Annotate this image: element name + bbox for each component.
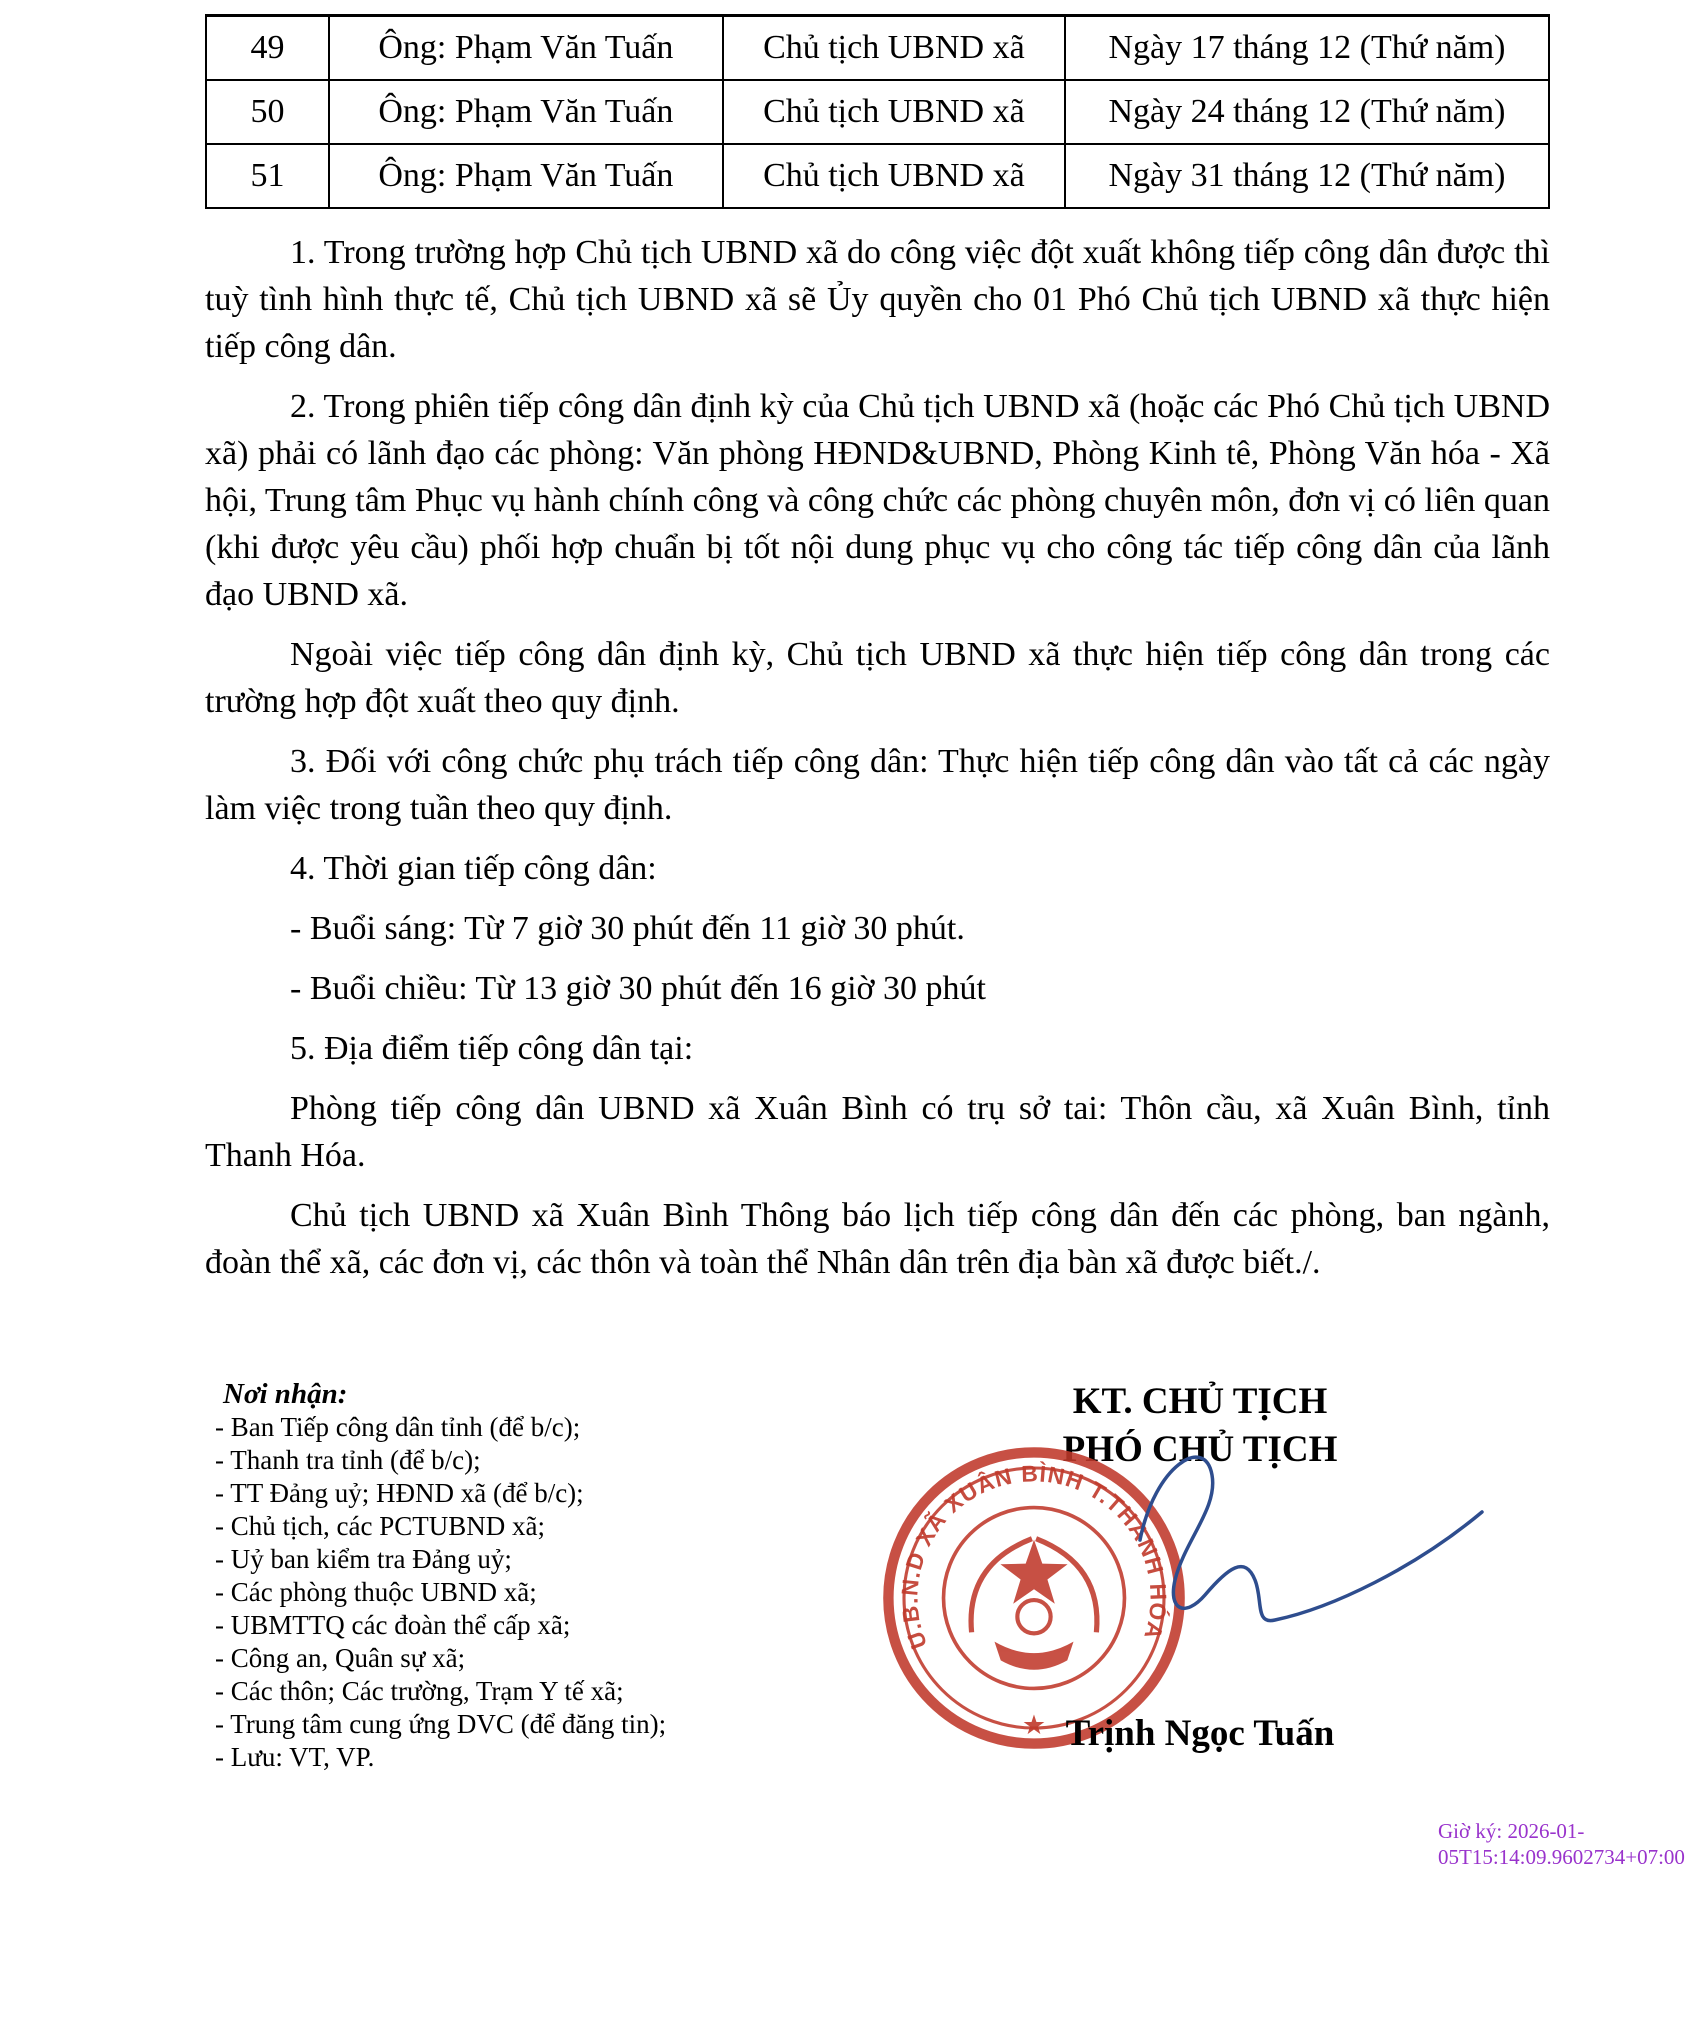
esignature-timestamp: Giờ ký: 2026-01- 05T15:14:09.9602734+07:… bbox=[1438, 1818, 1698, 1870]
recipient-item: - Chủ tịch, các PCTUBND xã; bbox=[215, 1510, 775, 1543]
paragraph: - Buổi sáng: Từ 7 giờ 30 phút đến 11 giờ… bbox=[205, 905, 1550, 952]
recipient-item: - Lưu: VT, VP. bbox=[215, 1741, 775, 1774]
emblem-gear-banner bbox=[994, 1642, 1073, 1670]
paragraph: Chủ tịch UBND xã Xuân Bình Thông báo lịc… bbox=[205, 1192, 1550, 1286]
recipient-item: - Trung tâm cung ứng DVC (để đăng tin); bbox=[215, 1708, 775, 1741]
cell-date: Ngày 17 tháng 12 (Thứ năm) bbox=[1065, 16, 1549, 81]
recipient-item: - TT Đảng uỷ; HĐND xã (để b/c); bbox=[215, 1477, 775, 1510]
paragraph: - Buổi chiều: Từ 13 giờ 30 phút đến 16 g… bbox=[205, 965, 1550, 1012]
cell-name: Ông: Phạm Văn Tuấn bbox=[329, 144, 723, 208]
signer-name: Trịnh Ngọc Tuấn bbox=[930, 1712, 1470, 1755]
handwritten-signature bbox=[1070, 1420, 1500, 1660]
paragraph: 4. Thời gian tiếp công dân: bbox=[205, 845, 1550, 892]
signer-position-line1: KT. CHỦ TỊCH bbox=[930, 1378, 1470, 1426]
cell-name: Ông: Phạm Văn Tuấn bbox=[329, 80, 723, 144]
cell-row-number: 49 bbox=[206, 16, 329, 81]
reception-schedule-table: 49 Ông: Phạm Văn Tuấn Chủ tịch UBND xã N… bbox=[205, 14, 1550, 209]
cell-date: Ngày 24 tháng 12 (Thứ năm) bbox=[1065, 80, 1549, 144]
paragraph: 2. Trong phiên tiếp công dân định kỳ của… bbox=[205, 383, 1550, 618]
document-content: 49 Ông: Phạm Văn Tuấn Chủ tịch UBND xã N… bbox=[205, 14, 1550, 1286]
paragraph: 3. Đối với công chức phụ trách tiếp công… bbox=[205, 738, 1550, 832]
document-page: 49 Ông: Phạm Văn Tuấn Chủ tịch UBND xã N… bbox=[0, 0, 1700, 2025]
cell-title: Chủ tịch UBND xã bbox=[723, 80, 1065, 144]
recipient-item: - Ban Tiếp công dân tỉnh (để b/c); bbox=[215, 1411, 775, 1444]
cell-date: Ngày 31 tháng 12 (Thứ năm) bbox=[1065, 144, 1549, 208]
recipients-block: Nơi nhận: - Ban Tiếp công dân tỉnh (để b… bbox=[215, 1378, 775, 1774]
recipient-item: - Uỷ ban kiểm tra Đảng uỷ; bbox=[215, 1543, 775, 1576]
emblem-gear bbox=[1017, 1600, 1050, 1633]
table-row: 49 Ông: Phạm Văn Tuấn Chủ tịch UBND xã N… bbox=[206, 16, 1549, 81]
paragraph: Phòng tiếp công dân UBND xã Xuân Bình có… bbox=[205, 1085, 1550, 1179]
cell-row-number: 50 bbox=[206, 80, 329, 144]
paragraph: Ngoài việc tiếp công dân định kỳ, Chủ tị… bbox=[205, 631, 1550, 725]
recipients-heading: Nơi nhận: bbox=[223, 1378, 775, 1411]
cell-row-number: 51 bbox=[206, 144, 329, 208]
recipient-item: - Các phòng thuộc UBND xã; bbox=[215, 1576, 775, 1609]
paragraph: 5. Địa điểm tiếp công dân tại: bbox=[205, 1025, 1550, 1072]
recipient-item: - Thanh tra tỉnh (để b/c); bbox=[215, 1444, 775, 1477]
table-row: 51 Ông: Phạm Văn Tuấn Chủ tịch UBND xã N… bbox=[206, 144, 1549, 208]
esign-time-line2: 05T15:14:09.9602734+07:00 bbox=[1438, 1844, 1698, 1870]
esign-time-line1: Giờ ký: 2026-01- bbox=[1438, 1818, 1698, 1844]
paragraph: 1. Trong trường hợp Chủ tịch UBND xã do … bbox=[205, 229, 1550, 370]
cell-title: Chủ tịch UBND xã bbox=[723, 16, 1065, 81]
signature-stroke bbox=[1140, 1457, 1482, 1620]
body-paragraphs: 1. Trong trường hợp Chủ tịch UBND xã do … bbox=[205, 229, 1550, 1286]
cell-name: Ông: Phạm Văn Tuấn bbox=[329, 16, 723, 81]
recipient-item: - Công an, Quân sự xã; bbox=[215, 1642, 775, 1675]
recipient-item: - Các thôn; Các trường, Trạm Y tế xã; bbox=[215, 1675, 775, 1708]
cell-title: Chủ tịch UBND xã bbox=[723, 144, 1065, 208]
table-row: 50 Ông: Phạm Văn Tuấn Chủ tịch UBND xã N… bbox=[206, 80, 1549, 144]
recipient-item: - UBMTTQ các đoàn thể cấp xã; bbox=[215, 1609, 775, 1642]
